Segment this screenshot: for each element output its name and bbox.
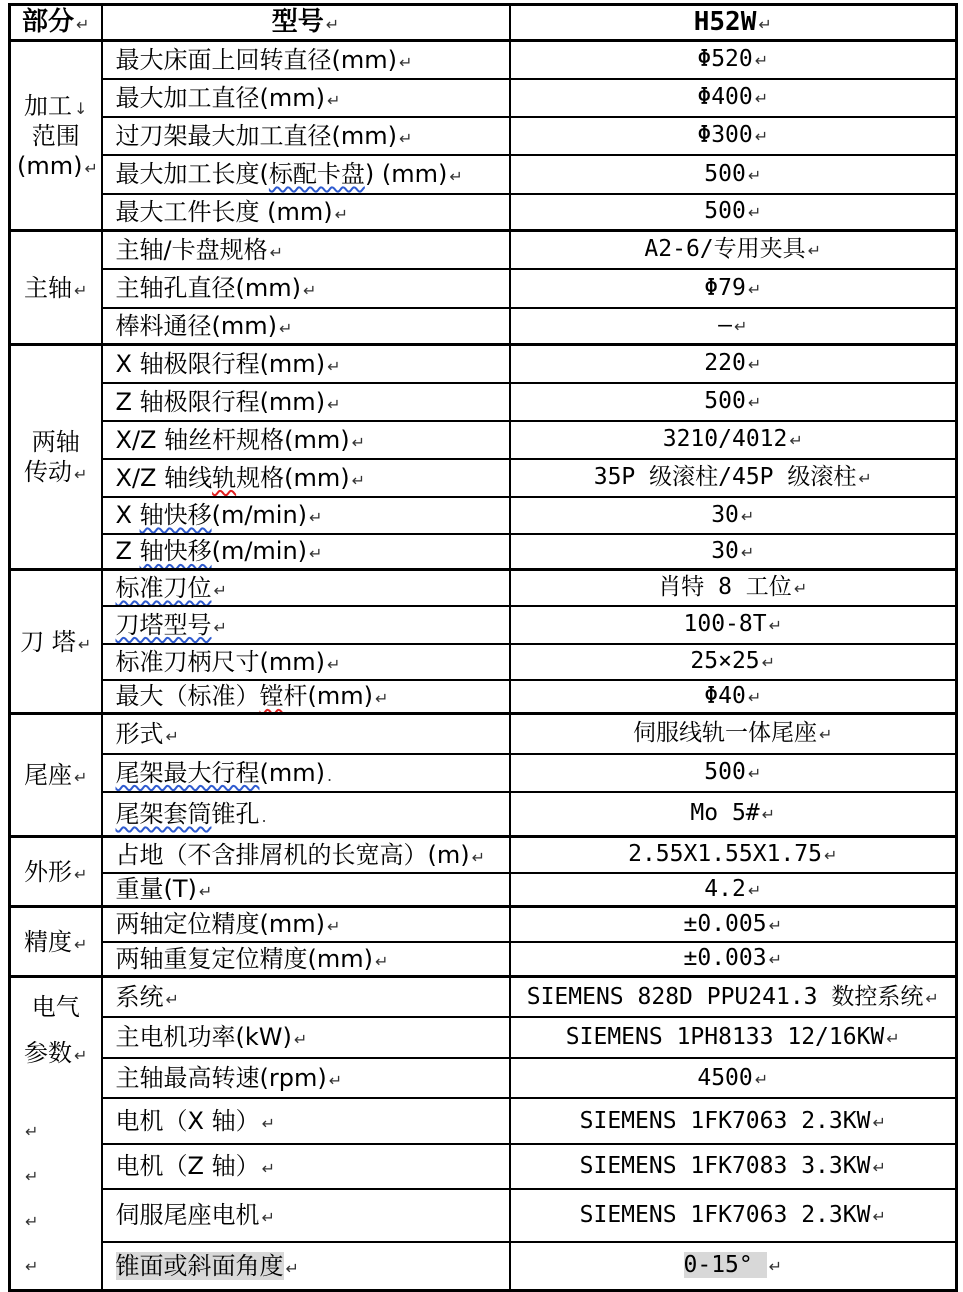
spec-value-text: Φ40 xyxy=(704,683,746,709)
spec-label-text: 最大工件长度 (mm) xyxy=(116,198,333,226)
spec-value: 25×25↵ xyxy=(510,644,957,680)
spec-label-text: 棒料通径(mm) xyxy=(116,312,277,340)
spec-value-text: SIEMENS 1FK7063 2.3KW xyxy=(580,1108,871,1134)
spec-label-text: 标准刀位 xyxy=(116,574,212,602)
paragraph-mark: ↵ xyxy=(748,393,761,412)
table-row: 电机（Z 轴）↵SIEMENS 1FK7083 3.3KW↵ xyxy=(10,1144,957,1189)
spec-value: SIEMENS 1PH8133 12/16KW↵ xyxy=(510,1017,957,1058)
spec-value: SIEMENS 1FK7063 2.3KW↵ xyxy=(510,1098,957,1144)
paragraph-mark: ↵ xyxy=(789,431,802,450)
paragraph-mark: ↵ xyxy=(748,203,761,222)
paragraph-mark: ↵ xyxy=(769,1257,782,1276)
paragraph-mark: ↵ xyxy=(886,1029,899,1048)
table-row: 最大（标准）镗杆(mm)↵Φ40↵ xyxy=(10,680,957,714)
table-row: 锥面或斜面角度↵0-15° ↵ xyxy=(10,1242,957,1291)
paragraph-mark: ↵ xyxy=(74,935,87,954)
paragraph-mark: ↵ xyxy=(769,950,782,969)
spec-label-text: 形式 xyxy=(116,720,164,748)
paragraph-mark: ↵ xyxy=(303,281,316,300)
header-cell-section: 部分↵ xyxy=(10,5,102,41)
small-end-mark: . xyxy=(262,807,267,826)
section-label-text: 传动 xyxy=(24,458,72,486)
spec-label-text: (m/min) xyxy=(212,537,307,565)
spec-label-text: 主轴最高转速(rpm) xyxy=(116,1064,327,1092)
section-label-line: 传动↵ xyxy=(17,457,95,487)
table-row: 两轴重复定位精度(mm)↵±0.003↵ xyxy=(10,942,957,977)
spec-value-text: Mo 5# xyxy=(690,800,759,826)
spec-value: 500↵ xyxy=(510,754,957,792)
spec-label-text: 最大加工长度( xyxy=(116,160,269,188)
spec-label-text: ) (mm) xyxy=(365,160,447,188)
paragraph-mark: ↵ xyxy=(25,1167,38,1187)
spec-label: 最大工件长度 (mm)↵ xyxy=(102,194,510,231)
spec-value-text: 100-8T xyxy=(684,611,767,637)
spec-label: 伺服尾座电机↵ xyxy=(102,1189,510,1242)
paragraph-mark: ↵ xyxy=(327,917,340,936)
paragraph-mark: ↵ xyxy=(25,1122,38,1142)
spec-label: 最大（标准）镗杆(mm)↵ xyxy=(102,680,510,714)
spec-label: 锥面或斜面角度↵ xyxy=(102,1242,510,1291)
spec-label-text: 规格(mm) xyxy=(236,464,349,492)
spec-label: 电机（X 轴）↵ xyxy=(102,1098,510,1144)
spec-value: SIEMENS 1FK7083 3.3KW↵ xyxy=(510,1144,957,1189)
paragraph-mark: ↵ xyxy=(762,653,775,672)
spec-label-text: 两轴重复定位精度(mm) xyxy=(116,945,373,973)
spec-label-text: 占地（不含排屑机的长宽高）(m) xyxy=(116,841,470,869)
spec-label: 标准刀位↵ xyxy=(102,570,510,606)
paragraph-mark: ↵ xyxy=(748,355,761,374)
paragraph-mark: ↵ xyxy=(748,688,761,707)
paragraph-mark: ↵ xyxy=(748,764,761,783)
paragraph-mark: ↵ xyxy=(335,205,348,224)
header-model-label: 型号 xyxy=(272,7,324,37)
paragraph-mark: ↵ xyxy=(279,319,292,338)
section-label-line: 尾座↵ xyxy=(17,760,95,790)
spec-value: 4500↵ xyxy=(510,1058,957,1098)
spec-label-text: 电机（X 轴） xyxy=(116,1107,260,1135)
paragraph-mark: ↵ xyxy=(375,952,388,971)
spec-label: 占地（不含排屑机的长宽高）(m)↵ xyxy=(102,837,510,873)
table-row: 主电机功率(kW)↵SIEMENS 1PH8133 12/16KW↵ xyxy=(10,1017,957,1058)
table-row: 精度↵两轴定位精度(mm)↵±0.005↵ xyxy=(10,907,957,942)
paragraph-mark: ↵ xyxy=(758,15,771,34)
spec-label-text: X xyxy=(116,501,140,529)
table-row: 尾座↵形式↵伺服线轨一体尾座↵ xyxy=(10,714,957,754)
section-label-line: 范围 xyxy=(17,121,95,151)
spec-value-text: SIEMENS 1FK7083 3.3KW xyxy=(580,1153,871,1179)
table-row: 刀塔型号↵100-8T↵ xyxy=(10,606,957,644)
table-row: 电气参数↵↵↵↵↵系统↵SIEMENS 828D PPU241.3 数控系统↵ xyxy=(10,977,957,1017)
paragraph-mark: ↵ xyxy=(925,989,938,1008)
section-label-line: 外形↵ xyxy=(17,857,95,887)
section-label-text: 外形 xyxy=(24,858,72,886)
header-cell-model: 型号↵ xyxy=(102,5,510,41)
spec-label-text: Z xyxy=(116,537,140,565)
spec-value-text: Φ300 xyxy=(697,122,752,148)
table-row: 伺服尾座电机↵SIEMENS 1FK7063 2.3KW↵ xyxy=(10,1189,957,1242)
paragraph-mark: ↵ xyxy=(819,725,832,744)
paragraph-mark: ↵ xyxy=(214,581,227,600)
spec-value: A2-6/专用夹具↵ xyxy=(510,231,957,269)
spec-value: 500↵ xyxy=(510,194,957,231)
paragraph-mark: ↵ xyxy=(741,543,754,562)
spec-value-text: 500 xyxy=(704,388,746,414)
spec-label-text: Z 轴极限行程(mm) xyxy=(116,388,326,416)
spacer xyxy=(17,1073,95,1109)
paragraph-mark: ↵ xyxy=(76,15,89,34)
section-label-line: ↵ xyxy=(17,1244,95,1289)
paragraph-mark: ↵ xyxy=(262,1159,275,1178)
spec-value: 3210/4012↵ xyxy=(510,421,957,459)
spec-value-text: 4.2 xyxy=(704,876,746,902)
spec-label: X 轴快移(m/min)↵ xyxy=(102,497,510,534)
spec-value: Φ400↵ xyxy=(510,79,957,117)
spec-label: 两轴定位精度(mm)↵ xyxy=(102,907,510,942)
spec-table: 部分↵ 型号↵ H52W↵ 加工↓范围(mm)↵最大床面上回转直径(mm)↵Φ5… xyxy=(8,3,958,1292)
spec-value: 220↵ xyxy=(510,345,957,383)
paragraph-mark: ↵ xyxy=(262,1114,275,1133)
spec-label-text: 伺服尾座电机 xyxy=(116,1201,260,1229)
spec-label-text: 主轴/卡盘规格 xyxy=(116,236,268,264)
section-label-line: 电气 xyxy=(17,990,95,1024)
table-row: X/Z 轴丝杆规格(mm)↵3210/4012↵ xyxy=(10,421,957,459)
spec-value: 4.2↵ xyxy=(510,873,957,907)
spec-value-text: 3210/4012 xyxy=(663,426,788,452)
spec-value-text: ±0.003 xyxy=(684,945,767,971)
paragraph-mark: ↵ xyxy=(352,433,365,452)
header-row: 部分↵ 型号↵ H52W↵ xyxy=(10,5,957,41)
spec-value: SIEMENS 1FK7063 2.3KW↵ xyxy=(510,1189,957,1242)
paragraph-mark: ↵ xyxy=(872,1158,885,1177)
table-row: 尾架最大行程(mm).500↵ xyxy=(10,754,957,792)
spec-label: X/Z 轴线轨规格(mm)↵ xyxy=(102,459,510,497)
paragraph-mark: ↵ xyxy=(399,53,412,72)
table-row: 电机（X 轴）↵SIEMENS 1FK7063 2.3KW↵ xyxy=(10,1098,957,1144)
spec-value: 500↵ xyxy=(510,383,957,421)
table-row: 重量(T)↵4.2↵ xyxy=(10,873,957,907)
paragraph-mark: ↵ xyxy=(329,1071,342,1090)
spec-label: 主轴/卡盘规格↵ xyxy=(102,231,510,269)
spec-value: 35P 级滚柱/45P 级滚柱↵ xyxy=(510,459,957,497)
paragraph-mark: ↵ xyxy=(472,848,485,867)
spec-label: 系统↵ xyxy=(102,977,510,1017)
spec-label-text: 轴快移 xyxy=(140,537,212,565)
section-label-text: 加工 xyxy=(24,92,72,120)
table-row: X/Z 轴线轨规格(mm)↵35P 级滚柱/45P 级滚柱↵ xyxy=(10,459,957,497)
table-row: X 轴快移(m/min)↵30↵ xyxy=(10,497,957,534)
section-label-line: 两轴 xyxy=(17,427,95,457)
table-row: 加工↓范围(mm)↵最大床面上回转直径(mm)↵Φ520↵ xyxy=(10,41,957,79)
spec-value-text: SIEMENS 828D PPU241.3 数控系统 xyxy=(527,984,924,1010)
table-row: 标准刀柄尺寸(mm)↵25×25↵ xyxy=(10,644,957,680)
paragraph-mark: ↵ xyxy=(769,916,782,935)
paragraph-mark: ↵ xyxy=(755,1070,768,1089)
section-label-line: ↵ xyxy=(17,1154,95,1199)
table-row: 主轴孔直径(mm)↵Φ79↵ xyxy=(10,269,957,308)
paragraph-mark: ↵ xyxy=(375,689,388,708)
header-cell-value: H52W↵ xyxy=(510,5,957,41)
section-label-spindle: 主轴↵ xyxy=(10,231,102,345)
spec-label: 尾架套筒锥孔. xyxy=(102,792,510,837)
spec-value-text: A2-6/专用夹具 xyxy=(644,236,805,262)
paragraph-mark: ↵ xyxy=(399,129,412,148)
paragraph-mark: ↵ xyxy=(166,990,179,1009)
spec-label: 过刀架最大加工直径(mm)↵ xyxy=(102,117,510,155)
paragraph-mark: ↵ xyxy=(270,243,283,262)
table-row: 主轴最高转速(rpm)↵4500↵ xyxy=(10,1058,957,1098)
spec-label: 重量(T)↵ xyxy=(102,873,510,907)
spec-label: X/Z 轴丝杆规格(mm)↵ xyxy=(102,421,510,459)
spec-label-text: 主电机功率(kW) xyxy=(116,1023,292,1051)
spec-value-text: 30 xyxy=(711,538,739,564)
spec-value: 100-8T↵ xyxy=(510,606,957,644)
spec-label-text: 镗 xyxy=(260,682,284,710)
paragraph-mark: ↵ xyxy=(327,395,340,414)
section-label-text: 精度 xyxy=(24,928,72,956)
table-row: 过刀架最大加工直径(mm)↵Φ300↵ xyxy=(10,117,957,155)
line-break-mark: ↓ xyxy=(74,99,87,118)
paragraph-mark: ↵ xyxy=(74,1046,87,1065)
spec-label: 主轴最高转速(rpm)↵ xyxy=(102,1058,510,1098)
spec-label-text: 尾架套筒 xyxy=(116,800,212,828)
spec-label: 刀塔型号↵ xyxy=(102,606,510,644)
spec-value: Φ520↵ xyxy=(510,41,957,79)
spec-value: 2.55X1.55X1.75↵ xyxy=(510,837,957,873)
spec-label-text: 标准刀柄尺寸(mm) xyxy=(116,648,325,676)
paragraph-mark: ↵ xyxy=(25,1212,38,1232)
section-label-line: 主轴↵ xyxy=(17,273,95,303)
section-label-precision: 精度↵ xyxy=(10,907,102,977)
spec-label-text: 最大床面上回转直径(mm) xyxy=(116,46,397,74)
paragraph-mark: ↵ xyxy=(327,91,340,110)
section-label-line: (mm)↵ xyxy=(17,151,95,181)
spec-value: SIEMENS 828D PPU241.3 数控系统↵ xyxy=(510,977,957,1017)
spec-value: 30↵ xyxy=(510,497,957,534)
spec-value-text: 肖特 8 工位 xyxy=(658,574,792,600)
paragraph-mark: ↵ xyxy=(327,357,340,376)
paragraph-mark: ↵ xyxy=(755,51,768,70)
table-row: 两轴传动↵X 轴极限行程(mm)↵220↵ xyxy=(10,345,957,383)
paragraph-mark: ↵ xyxy=(199,882,212,901)
spec-value-text: 500 xyxy=(704,759,746,785)
spec-label-text: 刀塔型号 xyxy=(116,611,212,639)
paragraph-mark: ↵ xyxy=(794,579,807,598)
spec-label-text: 尾架最大行程 xyxy=(116,759,260,787)
spec-value: ±0.003↵ xyxy=(510,942,957,977)
spec-label: 棒料通径(mm)↵ xyxy=(102,308,510,345)
spec-value-text: 500 xyxy=(704,161,746,187)
paragraph-mark: ↵ xyxy=(748,280,761,299)
spec-value-text: Φ520 xyxy=(697,46,752,72)
paragraph-mark: ↵ xyxy=(449,167,462,186)
spec-label-text: 主轴孔直径(mm) xyxy=(116,274,301,302)
paragraph-mark: ↵ xyxy=(741,507,754,526)
spec-value: ±0.005↵ xyxy=(510,907,957,942)
spec-label-text: (m/min) xyxy=(212,501,307,529)
spec-label-text: (mm) xyxy=(260,759,325,787)
paragraph-mark: ↵ xyxy=(294,1030,307,1049)
spec-label: 两轴重复定位精度(mm)↵ xyxy=(102,942,510,977)
spec-value-text: SIEMENS 1FK7063 2.3KW xyxy=(580,1202,871,1228)
spec-value-text: 4500 xyxy=(697,1065,752,1091)
section-label-electrical: 电气参数↵↵↵↵↵ xyxy=(10,977,102,1291)
section-label-text: 参数 xyxy=(24,1039,72,1067)
spec-value-text: 0-15° xyxy=(684,1252,767,1278)
section-label-line: 加工↓ xyxy=(17,91,95,121)
spec-label-text: 标配卡盘 xyxy=(269,160,365,188)
spec-value-text: 2.55X1.55X1.75 xyxy=(628,841,822,867)
section-label-line: ↵ xyxy=(17,1199,95,1244)
spec-value: Φ300↵ xyxy=(510,117,957,155)
paragraph-mark: ↵ xyxy=(326,15,339,34)
paragraph-mark: ↵ xyxy=(808,241,821,260)
spec-value-text: 220 xyxy=(704,350,746,376)
paragraph-mark: ↵ xyxy=(872,1113,885,1132)
spec-label: Z 轴极限行程(mm)↵ xyxy=(102,383,510,421)
paragraph-mark: ↵ xyxy=(769,616,782,635)
small-end-mark: . xyxy=(327,766,332,785)
spec-value: –↵ xyxy=(510,308,957,345)
paragraph-mark: ↵ xyxy=(755,127,768,146)
paragraph-mark: ↵ xyxy=(762,805,775,824)
section-label-text: 尾座 xyxy=(24,761,72,789)
spec-label: 形式↵ xyxy=(102,714,510,754)
spec-value-text: 30 xyxy=(711,502,739,528)
paragraph-mark: ↵ xyxy=(309,544,322,563)
spec-label: 电机（Z 轴）↵ xyxy=(102,1144,510,1189)
section-label-line: 刀 塔↵ xyxy=(17,627,95,657)
section-label-line: ↵ xyxy=(17,1109,95,1154)
paragraph-mark: ↵ xyxy=(74,281,87,300)
spec-value-text: – xyxy=(718,312,732,338)
header-value-label: H52W xyxy=(694,7,757,37)
spec-value-text: Φ400 xyxy=(697,84,752,110)
paragraph-mark: ↵ xyxy=(309,508,322,527)
table-row: Z 轴极限行程(mm)↵500↵ xyxy=(10,383,957,421)
spec-label: 最大加工直径(mm)↵ xyxy=(102,79,510,117)
spec-label-text: 锥孔 xyxy=(212,800,260,828)
section-label-line: 精度↵ xyxy=(17,927,95,957)
table-row: Z 轴快移(m/min)↵30↵ xyxy=(10,534,957,570)
table-row: 最大工件长度 (mm)↵500↵ xyxy=(10,194,957,231)
spec-label: 最大床面上回转直径(mm)↵ xyxy=(102,41,510,79)
spec-value-text: Φ79 xyxy=(704,275,746,301)
table-row: 刀 塔↵标准刀位↵肖特 8 工位↵ xyxy=(10,570,957,606)
paragraph-mark: ↵ xyxy=(755,89,768,108)
spec-label-text: 两轴定位精度(mm) xyxy=(116,910,325,938)
spec-label-text: 重量(T) xyxy=(116,875,197,903)
paragraph-mark: ↵ xyxy=(74,465,87,484)
paragraph-mark: ↵ xyxy=(214,618,227,637)
paragraph-mark: ↵ xyxy=(734,317,747,336)
spec-label-text: 电机（Z 轴） xyxy=(116,1152,260,1180)
paragraph-mark: ↵ xyxy=(262,1208,275,1227)
paragraph-mark: ↵ xyxy=(858,469,871,488)
section-label-text: (mm) xyxy=(17,152,82,180)
table-row: 最大加工直径(mm)↵Φ400↵ xyxy=(10,79,957,117)
paragraph-mark: ↵ xyxy=(25,1257,38,1277)
section-label-line: 参数↵ xyxy=(17,1036,95,1073)
paragraph-mark: ↵ xyxy=(74,768,87,787)
paragraph-mark: ↵ xyxy=(872,1207,885,1226)
spec-label-text: 锥面或斜面角度 xyxy=(116,1252,284,1280)
spec-value: 500↵ xyxy=(510,155,957,194)
table-row: 棒料通径(mm)↵–↵ xyxy=(10,308,957,345)
paragraph-mark: ↵ xyxy=(748,881,761,900)
spec-label-text: X/Z 轴丝杆规格(mm) xyxy=(116,426,350,454)
spec-value-text: ±0.005 xyxy=(684,911,767,937)
spec-value-text: SIEMENS 1PH8133 12/16KW xyxy=(566,1024,885,1050)
header-section-label: 部分 xyxy=(22,7,74,37)
spec-value: 肖特 8 工位↵ xyxy=(510,570,957,606)
section-label-machining-range: 加工↓范围(mm)↵ xyxy=(10,41,102,231)
paragraph-mark: ↵ xyxy=(286,1259,299,1278)
spec-label-text: X 轴极限行程(mm) xyxy=(116,350,326,378)
paragraph-mark: ↵ xyxy=(748,166,761,185)
table-row: 外形↵占地（不含排屑机的长宽高）(m)↵2.55X1.55X1.75↵ xyxy=(10,837,957,873)
section-label-text: 刀 塔 xyxy=(20,628,76,656)
paragraph-mark: ↵ xyxy=(352,471,365,490)
spec-label-text: 最大加工直径(mm) xyxy=(116,84,325,112)
spec-value-text: 25×25 xyxy=(690,648,759,674)
table-row: 主轴↵主轴/卡盘规格↵A2-6/专用夹具↵ xyxy=(10,231,957,269)
spec-label-text: 杆(mm) xyxy=(284,682,373,710)
table-row: 尾架套筒锥孔.Mo 5#↵ xyxy=(10,792,957,837)
paragraph-mark: ↵ xyxy=(74,865,87,884)
paragraph-mark: ↵ xyxy=(824,846,837,865)
spec-value: 伺服线轨一体尾座↵ xyxy=(510,714,957,754)
section-label-dimensions: 外形↵ xyxy=(10,837,102,907)
spec-label: 最大加工长度(标配卡盘) (mm)↵ xyxy=(102,155,510,194)
spec-value: Φ79↵ xyxy=(510,269,957,308)
spec-value-text: 伺服线轨一体尾座 xyxy=(633,720,817,746)
spec-label-text: X/Z 轴线 xyxy=(116,464,213,492)
spec-label: 标准刀柄尺寸(mm)↵ xyxy=(102,644,510,680)
spec-label: X 轴极限行程(mm)↵ xyxy=(102,345,510,383)
section-label-text: 主轴 xyxy=(24,274,72,302)
section-label-turret: 刀 塔↵ xyxy=(10,570,102,714)
spec-value-text: 500 xyxy=(704,198,746,224)
spec-label-text: 轴快移 xyxy=(140,501,212,529)
spec-value: 0-15° ↵ xyxy=(510,1242,957,1291)
spec-label-text: 最大（标准） xyxy=(116,682,260,710)
spec-label: 主电机功率(kW)↵ xyxy=(102,1017,510,1058)
paragraph-mark: ↵ xyxy=(166,727,179,746)
section-label-two-axis-drive: 两轴传动↵ xyxy=(10,345,102,570)
spec-label: 主轴孔直径(mm)↵ xyxy=(102,269,510,308)
paragraph-mark: ↵ xyxy=(327,655,340,674)
paragraph-mark: ↵ xyxy=(78,635,91,654)
paragraph-mark: ↵ xyxy=(84,159,97,178)
spec-label-text: 轨 xyxy=(212,464,236,492)
spec-value: 30↵ xyxy=(510,534,957,570)
section-label-tailstock: 尾座↵ xyxy=(10,714,102,837)
spec-value-text: 35P 级滚柱/45P 级滚柱 xyxy=(594,464,857,490)
spec-label: 尾架最大行程(mm). xyxy=(102,754,510,792)
spec-value: Mo 5#↵ xyxy=(510,792,957,837)
spec-value: Φ40↵ xyxy=(510,680,957,714)
spec-label-text: 系统 xyxy=(116,983,164,1011)
spec-label: Z 轴快移(m/min)↵ xyxy=(102,534,510,570)
table-row: 最大加工长度(标配卡盘) (mm)↵500↵ xyxy=(10,155,957,194)
spec-label-text: 过刀架最大加工直径(mm) xyxy=(116,122,397,150)
